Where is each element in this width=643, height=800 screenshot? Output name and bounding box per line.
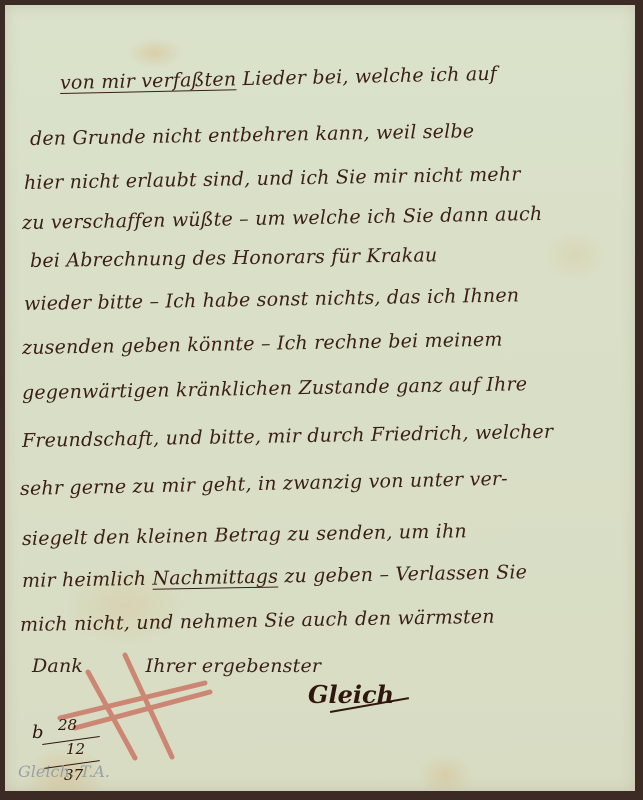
letter-closing: Dank Ihrer ergebenster	[32, 655, 321, 677]
archival-note-numerator: 28	[58, 716, 77, 734]
underlined-word: Nachmittags	[152, 566, 278, 590]
archival-note-prefix: b	[32, 722, 44, 743]
archival-note-middle: 12	[66, 740, 85, 758]
line-start: mir heimlich	[22, 568, 153, 592]
line-rest: zu geben – Verlassen Sie	[278, 561, 527, 587]
underlined-phrase: von mir verfaßten	[60, 68, 237, 94]
pencil-archival-note: Gleich. T.A.	[18, 762, 110, 781]
